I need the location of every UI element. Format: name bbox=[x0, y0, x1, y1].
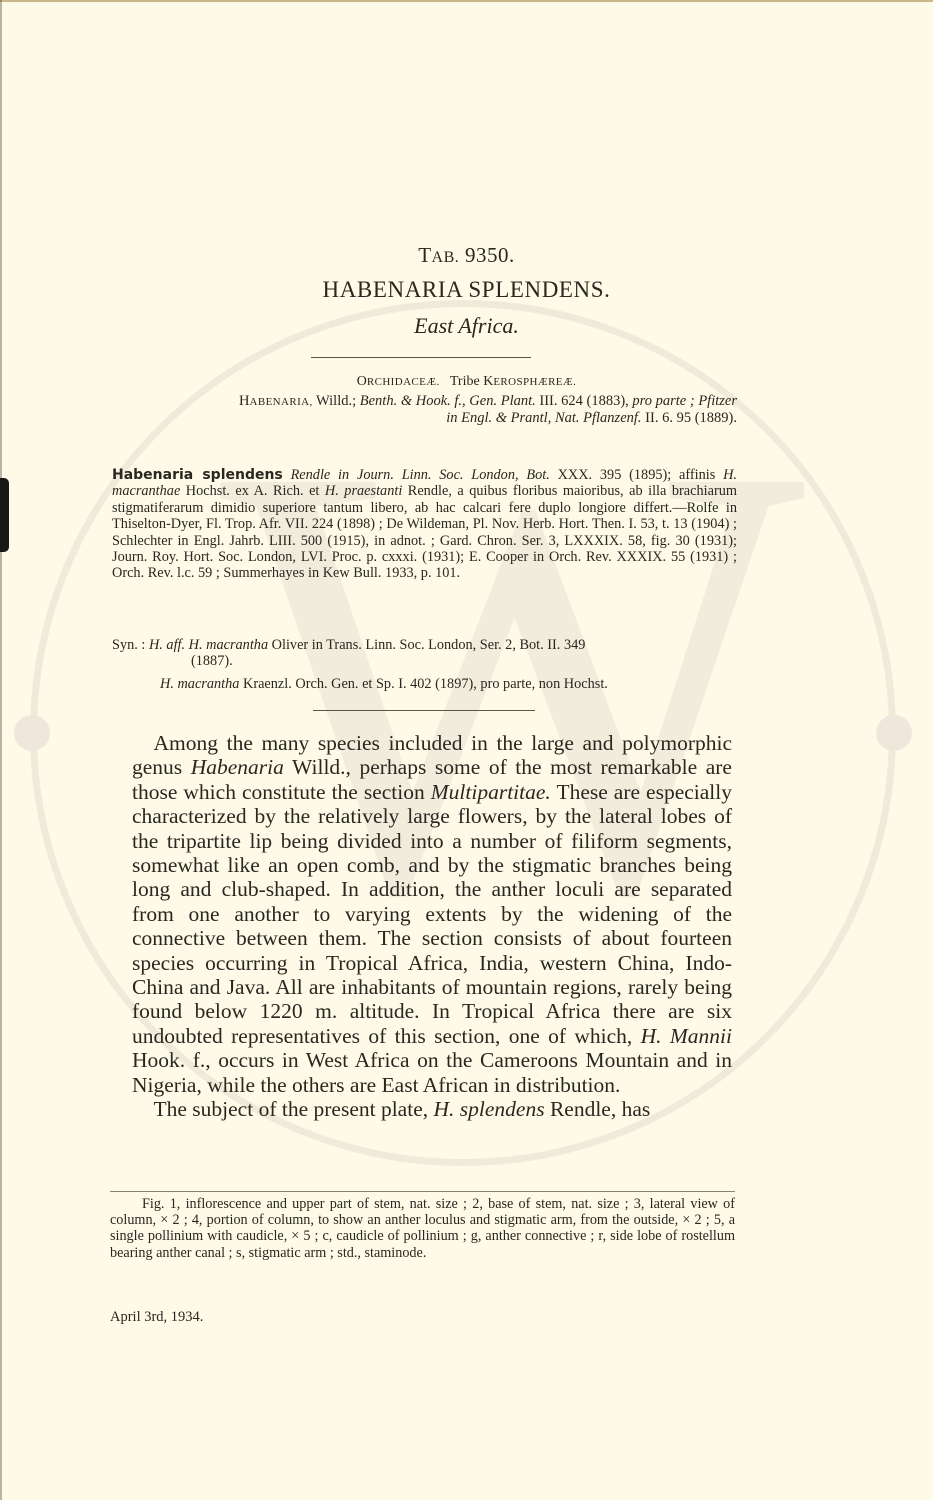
locality: East Africa. bbox=[0, 313, 933, 339]
bibliography-paragraph: Habenaria splendens Rendle in Journ. Lin… bbox=[112, 467, 737, 582]
citation-ref: III. 624 (1883), bbox=[536, 393, 633, 409]
body-paragraph-1: Among the many species included in the l… bbox=[132, 731, 732, 1097]
page-edge-left bbox=[0, 0, 2, 1500]
synonym-2-name: H. macrantha bbox=[160, 676, 239, 692]
tribe-name: EROSPHÆREÆ. bbox=[493, 376, 576, 388]
genus-name: ABENARIA, bbox=[249, 396, 312, 408]
citation-ref-2: II. 6. 95 (1889). bbox=[642, 410, 737, 426]
body-text-run: The subject of the present plate, bbox=[132, 1097, 434, 1121]
figure-caption: Fig. 1, inflorescence and upper part of … bbox=[110, 1196, 735, 1261]
body-italic-run: Multipartitae. bbox=[431, 780, 551, 804]
body-italic-run: H. splendens bbox=[434, 1097, 545, 1121]
footnote-rule bbox=[110, 1191, 735, 1192]
family-initial: O bbox=[357, 374, 367, 389]
publication-date: April 3rd, 1934. bbox=[110, 1309, 203, 1326]
synonym-1-name: H. aff. H. macrantha bbox=[149, 637, 268, 653]
body-italic-run: Habenaria bbox=[191, 755, 284, 779]
divider-rule bbox=[313, 710, 535, 711]
binding-mark bbox=[0, 478, 9, 552]
genus-initial: H bbox=[239, 393, 249, 409]
plate-prefix-smallcaps: AB. bbox=[432, 249, 460, 266]
bib-italic-1: Rendle in Journ. Linn. Soc. London, Bot. bbox=[283, 467, 550, 483]
body-italic-run: H. Mannii bbox=[641, 1024, 732, 1048]
body-paragraph-2: The subject of the present plate, H. spl… bbox=[132, 1097, 732, 1121]
synonym-2-ref: Kraenzl. Orch. Gen. et Sp. I. 402 (1897)… bbox=[239, 676, 607, 692]
family-name: RCHIDACEÆ. bbox=[367, 376, 440, 388]
plate-number: TAB. 9350. bbox=[0, 243, 933, 268]
plate-prefix: T bbox=[418, 243, 431, 267]
synonym-1-year: (1887). bbox=[112, 653, 737, 669]
species-name-bold: Habenaria splendens bbox=[112, 467, 283, 483]
body-text-run: Rendle, has bbox=[545, 1097, 651, 1121]
genus-author: Willd.; bbox=[313, 393, 360, 409]
page-edge-top bbox=[0, 0, 933, 2]
family-tribe-line: ORCHIDACEÆ. Tribe KEROSPHÆREÆ. bbox=[0, 374, 933, 390]
species-title: HABENARIA SPLENDENS. bbox=[0, 277, 933, 303]
watermark-dot-right bbox=[876, 715, 912, 751]
synonym-label: Syn. : bbox=[112, 637, 149, 653]
synonym-1-ref: Oliver in Trans. Linn. Soc. London, Ser.… bbox=[268, 637, 585, 653]
citation-note: pro parte ; Pfitzer bbox=[632, 393, 737, 409]
citation-work: Benth. & Hook. f., Gen. Plant. bbox=[360, 393, 536, 409]
genus-citation: HABENARIA, Willd.; Benth. & Hook. f., Ge… bbox=[112, 393, 737, 426]
body-text-run: Hook. f., occurs in West Africa on the C… bbox=[132, 1048, 732, 1096]
citation-work-2: in Engl. & Prantl, Nat. Pflanzenf. bbox=[446, 410, 641, 426]
watermark-dot-left bbox=[14, 715, 50, 751]
citation-line-2: in Engl. & Prantl, Nat. Pflanzenf. II. 6… bbox=[112, 410, 737, 426]
plate-number-value: 9350. bbox=[465, 243, 515, 267]
tribe-initial: K bbox=[483, 374, 493, 389]
bib-text-1: XXX. 395 (1895); affinis bbox=[550, 467, 723, 483]
synonym-2: H. macrantha Kraenzl. Orch. Gen. et Sp. … bbox=[160, 676, 750, 693]
body-text: Among the many species included in the l… bbox=[132, 731, 732, 1122]
synonym-1: Syn. : H. aff. H. macrantha Oliver in Tr… bbox=[112, 637, 737, 670]
bib-italic-3: H. praestanti bbox=[325, 483, 402, 499]
bib-text-2: Hochst. ex A. Rich. et bbox=[180, 483, 325, 499]
divider-rule bbox=[311, 357, 531, 358]
body-text-run: These are especially characterized by th… bbox=[132, 780, 732, 1048]
tribe-label: Tribe bbox=[450, 374, 480, 389]
